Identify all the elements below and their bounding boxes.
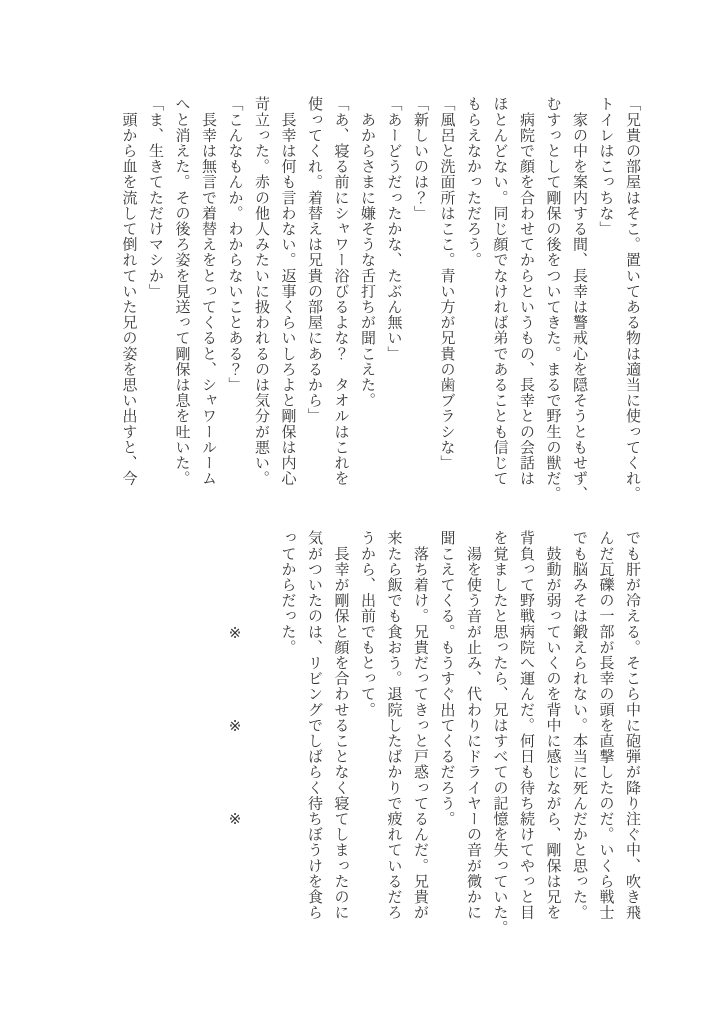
text-column: 湯を使う音が止み、代わりにドライヤーの音が微かに: [460, 530, 487, 940]
text-column: うから、出前でもとって。: [354, 530, 381, 940]
text-column: 落ち着け。兄貴だってきっと戸惑ってるんだ。兄貴が: [407, 530, 434, 940]
text-column: んだ瓦礫の一部が長幸の頭を直撃したのだ。いくら戦士: [592, 530, 619, 940]
text-column: 「こんなもんか。わからないことある？」: [221, 96, 248, 506]
text-block-bottom: でも肝が冷える。そこら中に砲弾が降り注ぐ中、吹き飛 んだ瓦礫の一部が長幸の頭を直…: [274, 530, 645, 940]
text-column: ってからだった。: [274, 530, 301, 940]
text-column: を覚ましたと思ったら、兄はすべての記憶を失っていた。: [486, 530, 513, 940]
text-column: 家の中を案内する間、長幸は警戒心を隠そうともせず、: [566, 96, 593, 506]
text-column: 「風呂と洗面所はここ。青い方が兄貴の歯ブラシな」: [433, 96, 460, 506]
text-column: へと消えた。その後ろ姿を見送って剛保は息を吐いた。: [168, 96, 195, 506]
text-column: 使ってくれ。着替えは兄貴の部屋にあるから」: [301, 96, 328, 506]
text-column: 苛立った。赤の他人みたいに扱われるのは気分が悪い。: [248, 96, 275, 506]
text-column: もらえなかっただろう。: [460, 96, 487, 506]
text-column: 病院で顔を合わせてからというもの、長幸との会話は: [513, 96, 540, 506]
text-column: 「あ、寝る前にシャワー浴びるよな？ タオルはこれを: [327, 96, 354, 506]
text-column: 「ま、生きてただけマシか」: [142, 96, 169, 506]
text-column: 「あーどうだったかな、たぶん無い」: [380, 96, 407, 506]
text-column: でも脳みそは鍛えられない。本当に死んだかと思った。: [566, 530, 593, 940]
text-column: 来たら飯でも食おう。退院したばかりで疲れているだろ: [380, 530, 407, 940]
section-divider-mark: ※: [226, 719, 244, 735]
text-column: 「兄貴の部屋はそこ。置いてある物は適当に使ってくれ。: [619, 96, 646, 506]
text-column: ほとんどない。同じ顔でなければ弟であることも信じて: [486, 96, 513, 506]
section-divider-mark: ※: [226, 626, 244, 642]
text-column: でも肝が冷える。そこら中に砲弾が降り注ぐ中、吹き飛: [619, 530, 646, 940]
section-divider-mark: ※: [226, 812, 244, 828]
text-column: 長幸は何も言わない。返事くらいしろよと剛保は内心: [274, 96, 301, 506]
text-column: 鼓動が弱っていくのを背中に感じながら、剛保は兄を: [539, 530, 566, 940]
text-column: 「新しいのは？」: [407, 96, 434, 506]
text-column: 聞こえてくる。もうすぐ出てくるだろう。: [433, 530, 460, 940]
novel-page: 「兄貴の部屋はそこ。置いてある物は適当に使ってくれ。 トイレはこっちな」 家の中…: [0, 0, 722, 1024]
text-column: あからさまに嫌そうな舌打ちが聞こえた。: [354, 96, 381, 506]
text-column: 長幸は無言で着替えをとってくると、シャワールーム: [195, 96, 222, 506]
text-column: 気がついたのは、リビングでしばらく待ちぼうけを食ら: [301, 530, 328, 940]
text-column: 背負って野戦病院へ運んだ。何日も待ち続けてやっと目: [513, 530, 540, 940]
text-column: 頭から血を流して倒れていた兄の姿を思い出すと、今: [115, 96, 142, 506]
text-column: 長幸が剛保と顔を合わせることなく寝てしまったのに: [327, 530, 354, 940]
text-column: トイレはこっちな」: [592, 96, 619, 506]
text-block-top: 「兄貴の部屋はそこ。置いてある物は適当に使ってくれ。 トイレはこっちな」 家の中…: [115, 96, 645, 506]
text-column: むすっとして剛保の後をついてきた。まるで野生の獣だ。: [539, 96, 566, 506]
